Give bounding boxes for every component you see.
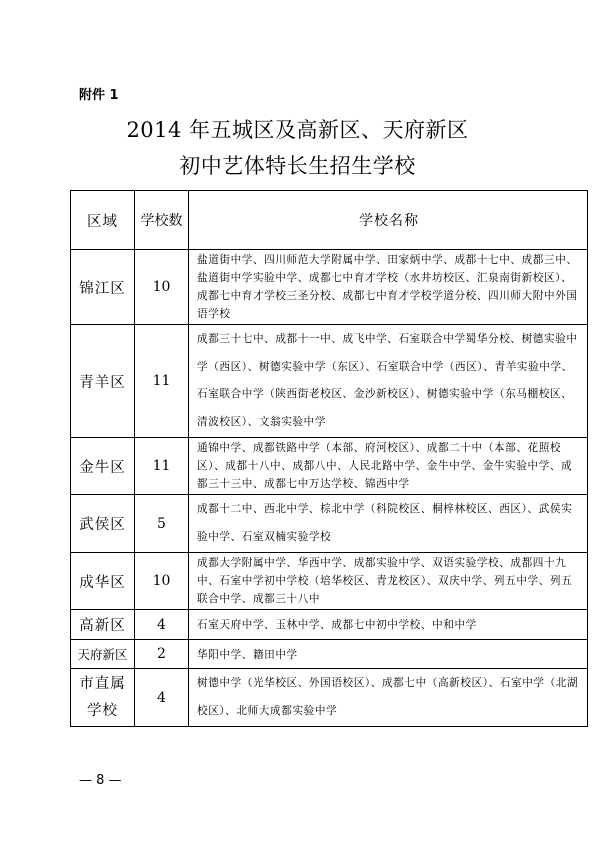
count-cell: 11	[135, 438, 189, 495]
schools-table: 区域 学校数 学校名称 锦江区 10 盐道街中学、四川师范大学附属中学、田家炳中…	[70, 190, 588, 727]
document-title-line1: 2014 年五城区及高新区、天府新区	[0, 114, 595, 144]
table-row-tianfu: 天府新区 2 华阳中学、籍田中学	[71, 640, 588, 669]
area-cell: 高新区	[71, 610, 135, 640]
area-cell: 金牛区	[71, 438, 135, 495]
count-cell: 11	[135, 325, 189, 438]
header-names: 学校名称	[189, 191, 588, 250]
table-row-qingyang: 青羊区 11 成都三十七中、成都十一中、成飞中学、石室联合中学蜀华分校、树德实验…	[71, 325, 588, 438]
attachment-label: 附件 1	[79, 84, 119, 103]
count-cell: 10	[135, 250, 189, 325]
names-cell: 盐道街中学、四川师范大学附属中学、田家炳中学、成都十七中、成都三中、盐道街中学实…	[189, 250, 588, 325]
area-cell: 天府新区	[71, 640, 135, 669]
table-row-gaoxin: 高新区 4 石室天府中学、玉林中学、成都七中初中学校、中和中学	[71, 610, 588, 640]
count-cell: 10	[135, 553, 189, 610]
area-cell: 市直属 学校	[71, 669, 135, 727]
table-row-chenghua: 成华区 10 成都大学附属中学、华西中学、成都实验中学、双语实验学校、成都四十九…	[71, 553, 588, 610]
names-cell: 成都大学附属中学、华西中学、成都实验中学、双语实验学校、成都四十九中、石室中学初…	[189, 553, 588, 610]
area-cell: 锦江区	[71, 250, 135, 325]
area-cell: 青羊区	[71, 325, 135, 438]
page-number: — 8 —	[79, 773, 122, 788]
names-cell: 成都三十七中、成都十一中、成飞中学、石室联合中学蜀华分校、树德实验中学（西区）、…	[189, 325, 588, 438]
table-row-wuhou: 武侯区 5 成都十二中、西北中学、棕北中学（科院校区、桐梓林校区、西区）、武侯实…	[71, 495, 588, 553]
names-cell: 成都十二中、西北中学、棕北中学（科院校区、桐梓林校区、西区）、武侯实验中学、石室…	[189, 495, 588, 553]
table-row-city-direct: 市直属 学校 4 树德中学（光华校区、外国语校区）、成都七中（高新校区）、石室中…	[71, 669, 588, 727]
count-cell: 2	[135, 640, 189, 669]
area-line2: 学校	[71, 698, 134, 725]
names-cell: 树德中学（光华校区、外国语校区）、成都七中（高新校区）、石室中学（北湖校区）、北…	[189, 669, 588, 727]
names-cell: 华阳中学、籍田中学	[189, 640, 588, 669]
table-row-jinjiang: 锦江区 10 盐道街中学、四川师范大学附属中学、田家炳中学、成都十七中、成都三中…	[71, 250, 588, 325]
count-cell: 4	[135, 669, 189, 727]
header-count: 学校数	[135, 191, 189, 250]
names-cell: 通锦中学、成都铁路中学（本部、府河校区）、成都二十中（本部、花照校区）、成都十八…	[189, 438, 588, 495]
header-area: 区域	[71, 191, 135, 250]
area-cell: 成华区	[71, 553, 135, 610]
count-cell: 4	[135, 610, 189, 640]
document-title-line2: 初中艺体特长生招生学校	[0, 150, 595, 180]
table-header-row: 区域 学校数 学校名称	[71, 191, 588, 250]
area-cell: 武侯区	[71, 495, 135, 553]
table-row-jinniu: 金牛区 11 通锦中学、成都铁路中学（本部、府河校区）、成都二十中（本部、花照校…	[71, 438, 588, 495]
area-line1: 市直属	[71, 671, 134, 698]
count-cell: 5	[135, 495, 189, 553]
names-cell: 石室天府中学、玉林中学、成都七中初中学校、中和中学	[189, 610, 588, 640]
